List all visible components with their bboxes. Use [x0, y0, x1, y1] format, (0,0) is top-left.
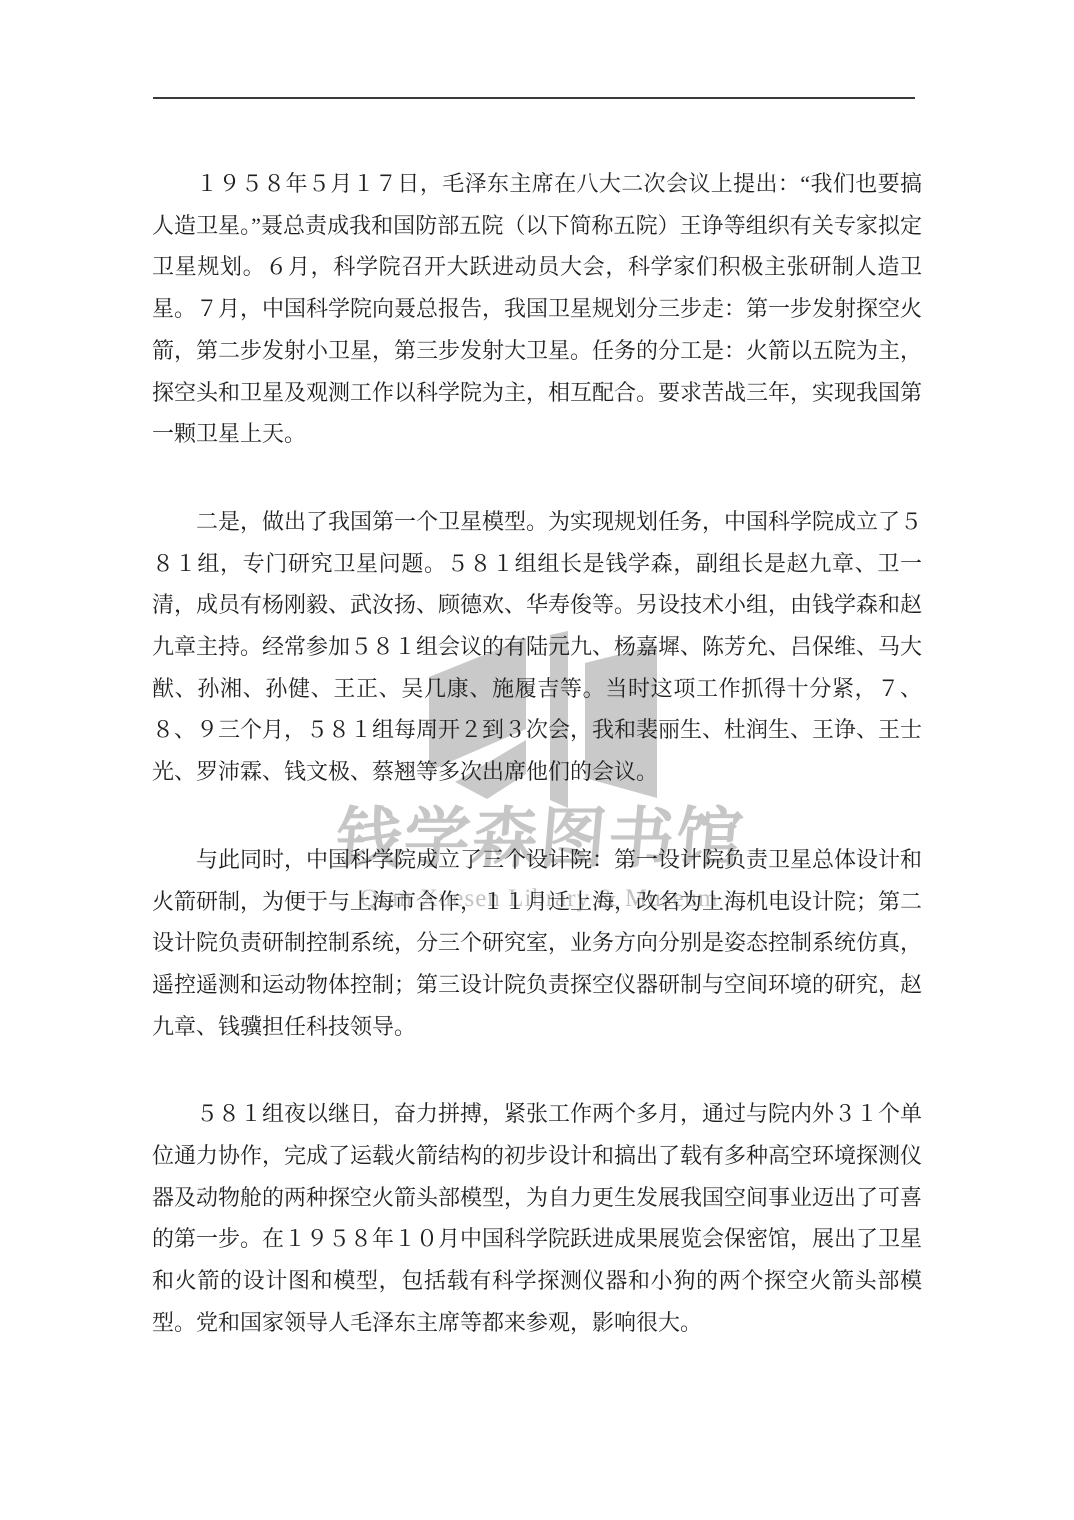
- paragraph-4: ５８１组夜以继日，奋力拼搏，紧张工作两个多月，通过与院内外３１个单位通力协作，完…: [152, 1093, 922, 1343]
- paragraph-3: 与此同时，中国科学院成立了三个设计院：第一设计院负责卫星总体设计和火箭研制，为便…: [152, 839, 922, 1048]
- paragraph-2: 二是，做出了我国第一个卫星模型。为实现规划任务，中国科学院成立了５８１组，专门研…: [152, 501, 922, 793]
- document-page: 钱学森图书馆 Qian Xuesen Library & Museum １９５８…: [0, 0, 1074, 1520]
- header-rule: [153, 97, 915, 99]
- document-body: １９５８年５月１７日，毛泽东主席在八大二次会议上提出：“我们也要搞人造卫星。”聂…: [152, 163, 922, 1344]
- paragraph-1: １９５８年５月１７日，毛泽东主席在八大二次会议上提出：“我们也要搞人造卫星。”聂…: [152, 163, 922, 455]
